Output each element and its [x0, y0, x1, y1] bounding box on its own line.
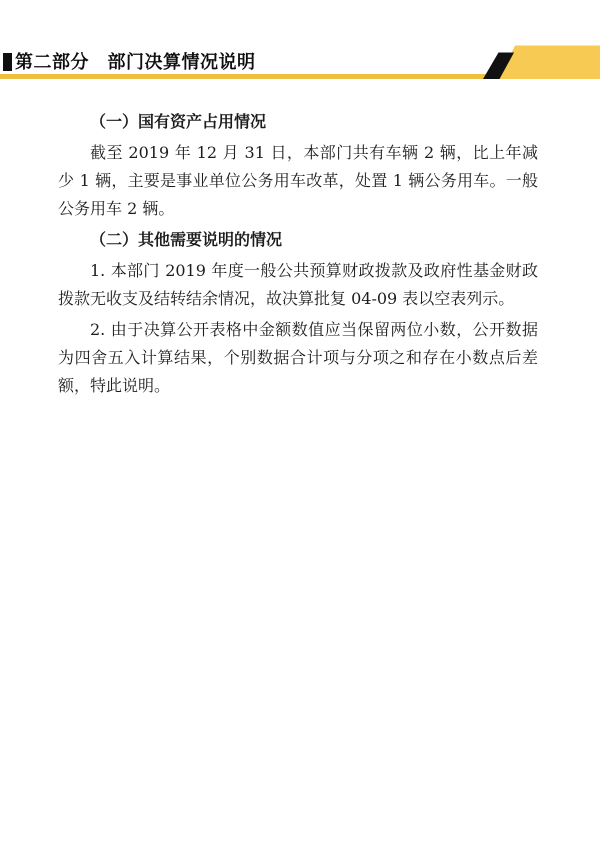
- heading-other-notes: （二）其他需要说明的情况: [58, 226, 538, 254]
- accent-band-yellow: [499, 46, 600, 80]
- paragraph-empty-tables-note: 1. 本部门 2019 年度一般公共预算财政拨款及政府性基金财政拨款无收支及结转…: [58, 257, 538, 313]
- document-body: （一）国有资产占用情况 截至 2019 年 12 月 31 日，本部门共有车辆 …: [58, 108, 538, 403]
- heading-state-assets: （一）国有资产占用情况: [58, 108, 538, 136]
- section-title-row: 第二部分 部门决算情况说明: [3, 52, 256, 72]
- paragraph-rounding-note: 2. 由于决算公开表格中金额数值应当保留两位小数，公开数据为四舍五入计算结果，个…: [58, 316, 538, 400]
- section-marker-square-icon: [3, 53, 12, 71]
- document-page: 第二部分 部门决算情况说明 （一）国有资产占用情况 截至 2019 年 12 月…: [0, 0, 600, 848]
- paragraph-vehicle-usage: 截至 2019 年 12 月 31 日，本部门共有车辆 2 辆，比上年减少 1 …: [58, 139, 538, 223]
- header-accent-graphic: [0, 0, 600, 85]
- section-title: 第二部分 部门决算情况说明: [15, 52, 256, 72]
